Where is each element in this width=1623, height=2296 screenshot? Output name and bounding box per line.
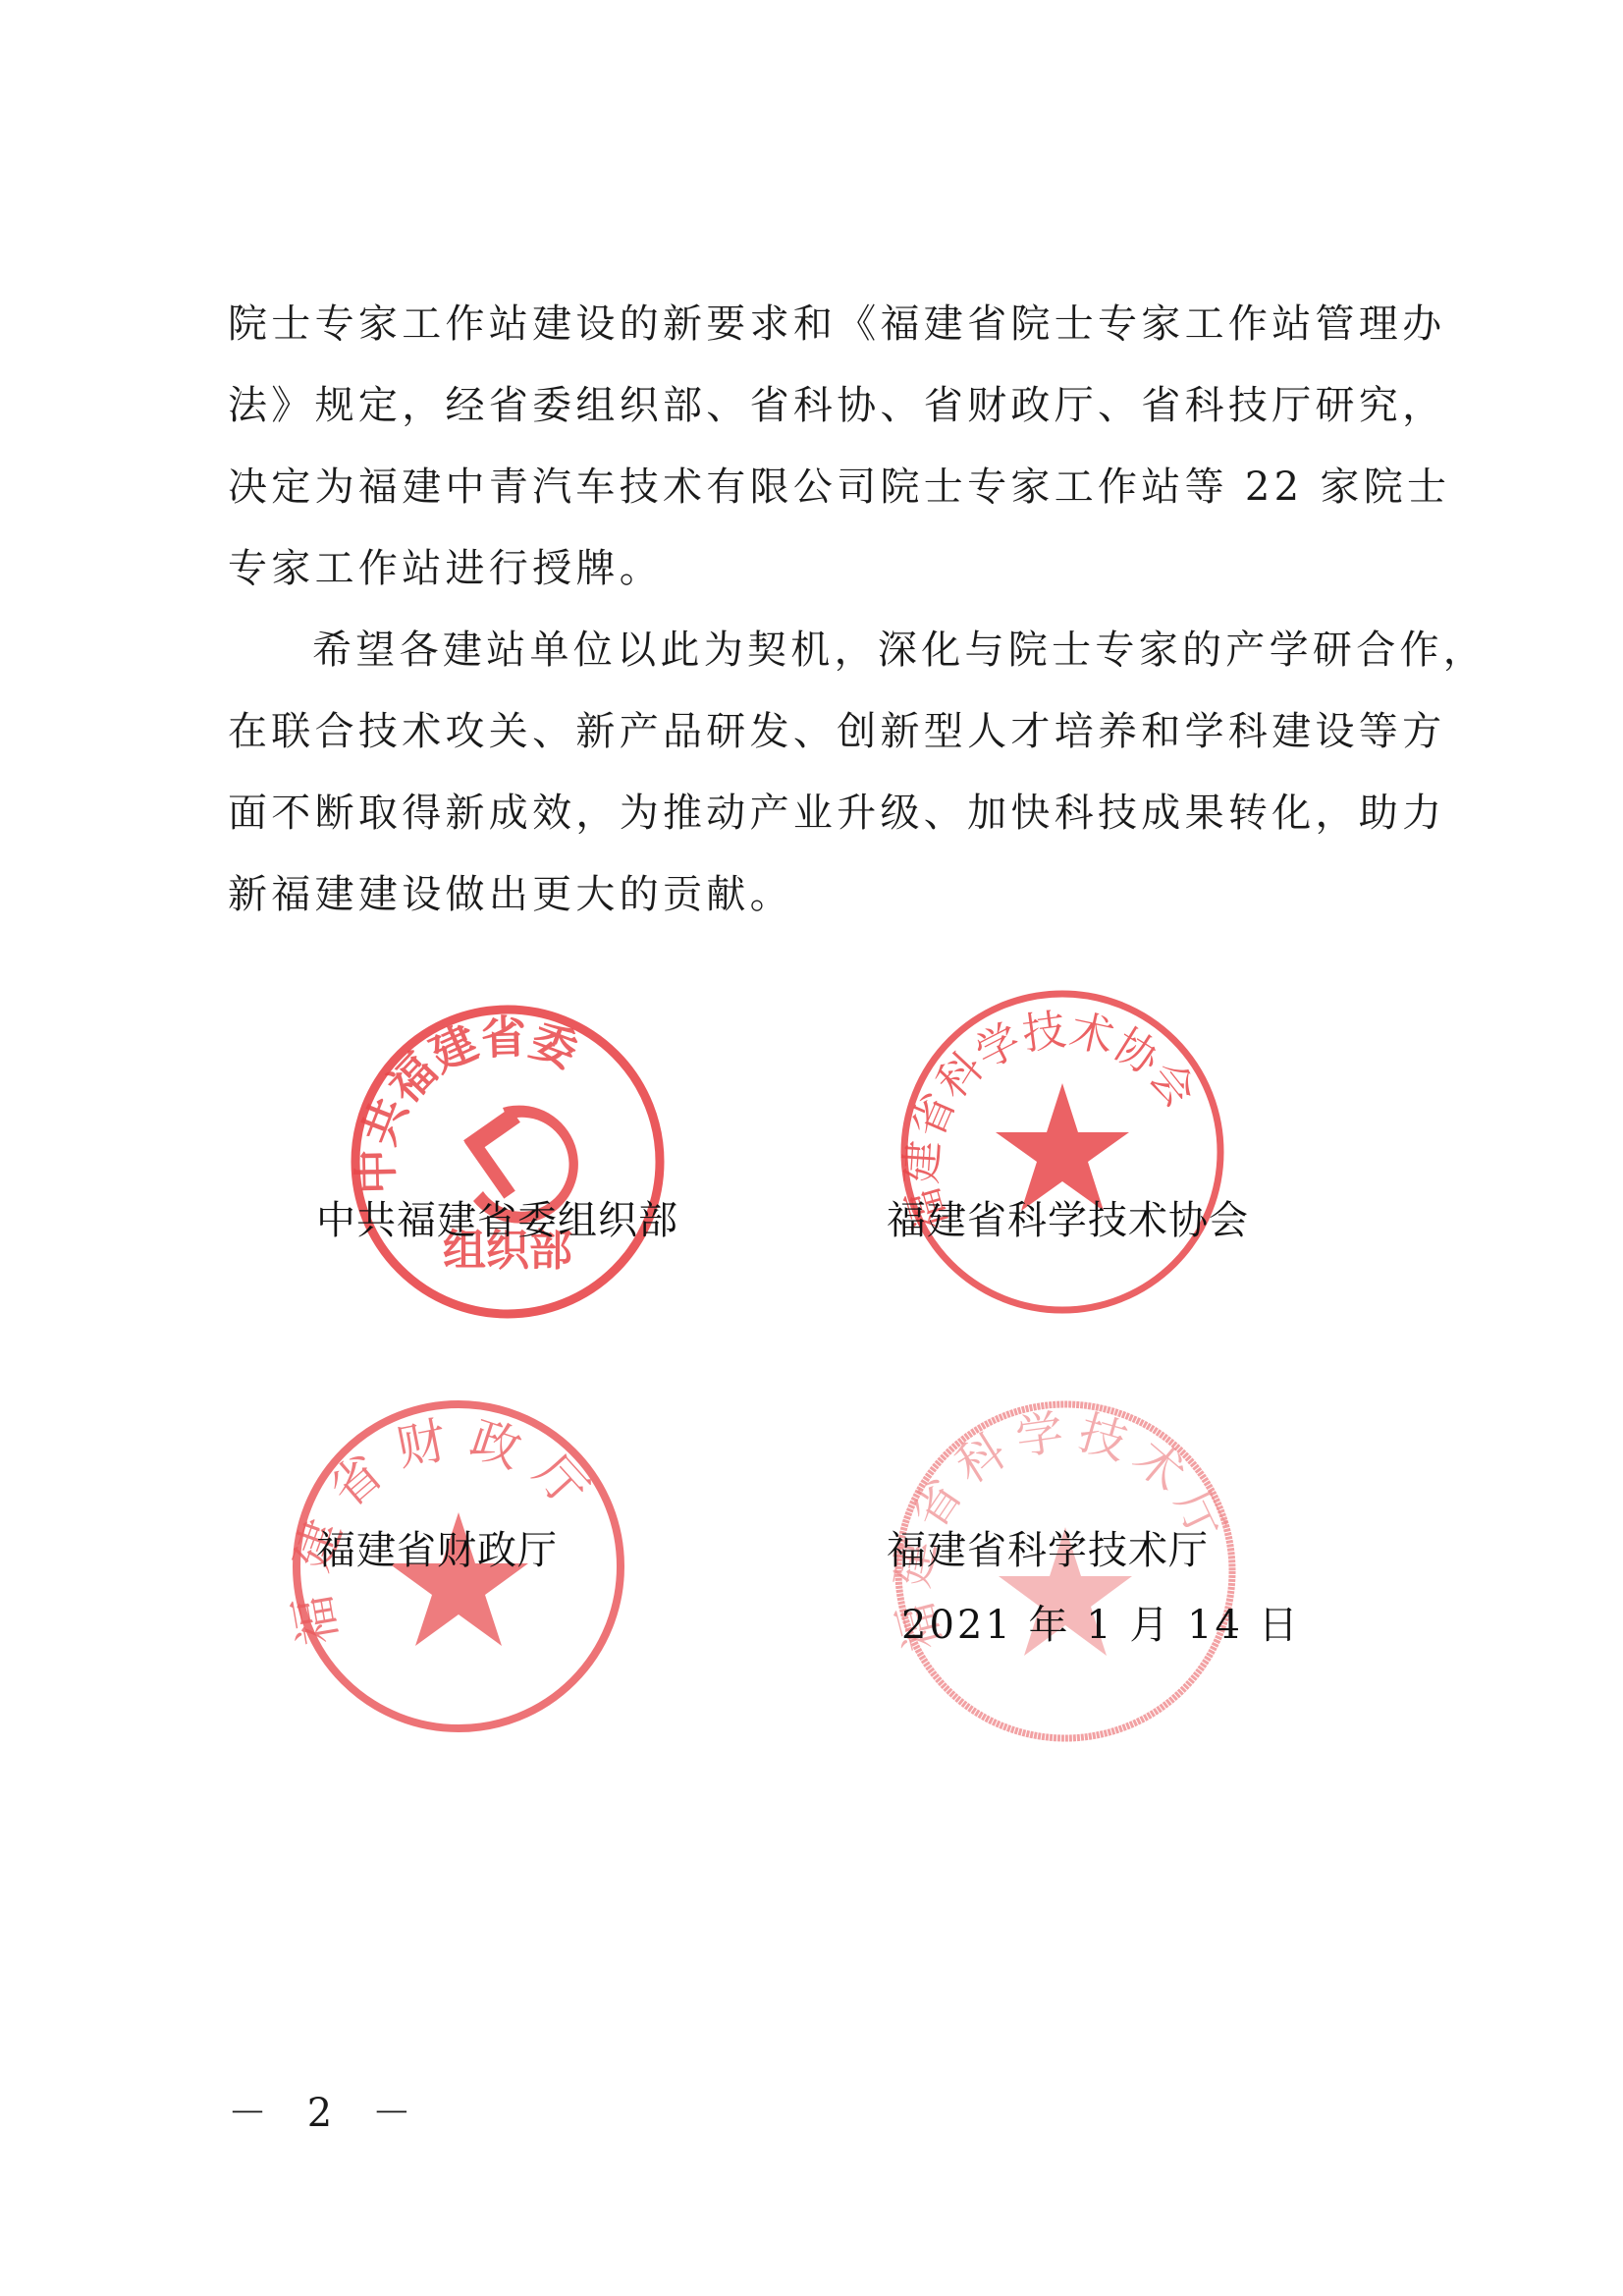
paragraph1-line-2: 法》规定，经省委组织部、省科协、省财政厅、省科技厅研究， xyxy=(228,382,1445,429)
svg-text:中共福建省委: 中共福建省委 xyxy=(350,1011,585,1195)
signatory-organization-department: 中共福建省委组织部 xyxy=(316,1197,678,1244)
paragraph1-line-4: 专家工作站进行授牌。 xyxy=(228,545,663,592)
paragraph2-line-2: 在联合技术攻关、新产品研发、创新型人才培养和学科建设等方 xyxy=(228,708,1445,755)
seal-science-technology-association: 福建省科学技术协会 xyxy=(895,985,1229,1319)
document-date: 2021 年 1 月 14 日 xyxy=(901,1602,1301,1649)
paragraph1-line-1: 院士专家工作站建设的新要求和《福建省院士专家工作站管理办 xyxy=(228,301,1445,348)
page-number: － 2 － xyxy=(228,2090,425,2137)
paragraph2-line-1: 希望各建站单位以此为契机，深化与院士专家的产学研合作， xyxy=(312,627,1487,674)
signatory-science-technology-association: 福建省科学技术协会 xyxy=(887,1197,1249,1244)
paragraph2-line-3: 面不断取得新成效，为推动产业升级、加快科技成果转化，助力 xyxy=(228,790,1445,837)
star-icon xyxy=(996,1083,1129,1211)
seal-organization-department: 中共福建省委 组织部 xyxy=(346,1000,670,1324)
signatory-finance-department: 福建省财政厅 xyxy=(316,1527,558,1574)
signatory-science-technology-department: 福建省科学技术厅 xyxy=(887,1527,1209,1574)
paragraph1-line-3: 决定为福建中青汽车技术有限公司院士专家工作站等 22 家院士 xyxy=(228,464,1450,511)
paragraph2-line-4: 新福建建设做出更大的贡献。 xyxy=(228,871,793,918)
